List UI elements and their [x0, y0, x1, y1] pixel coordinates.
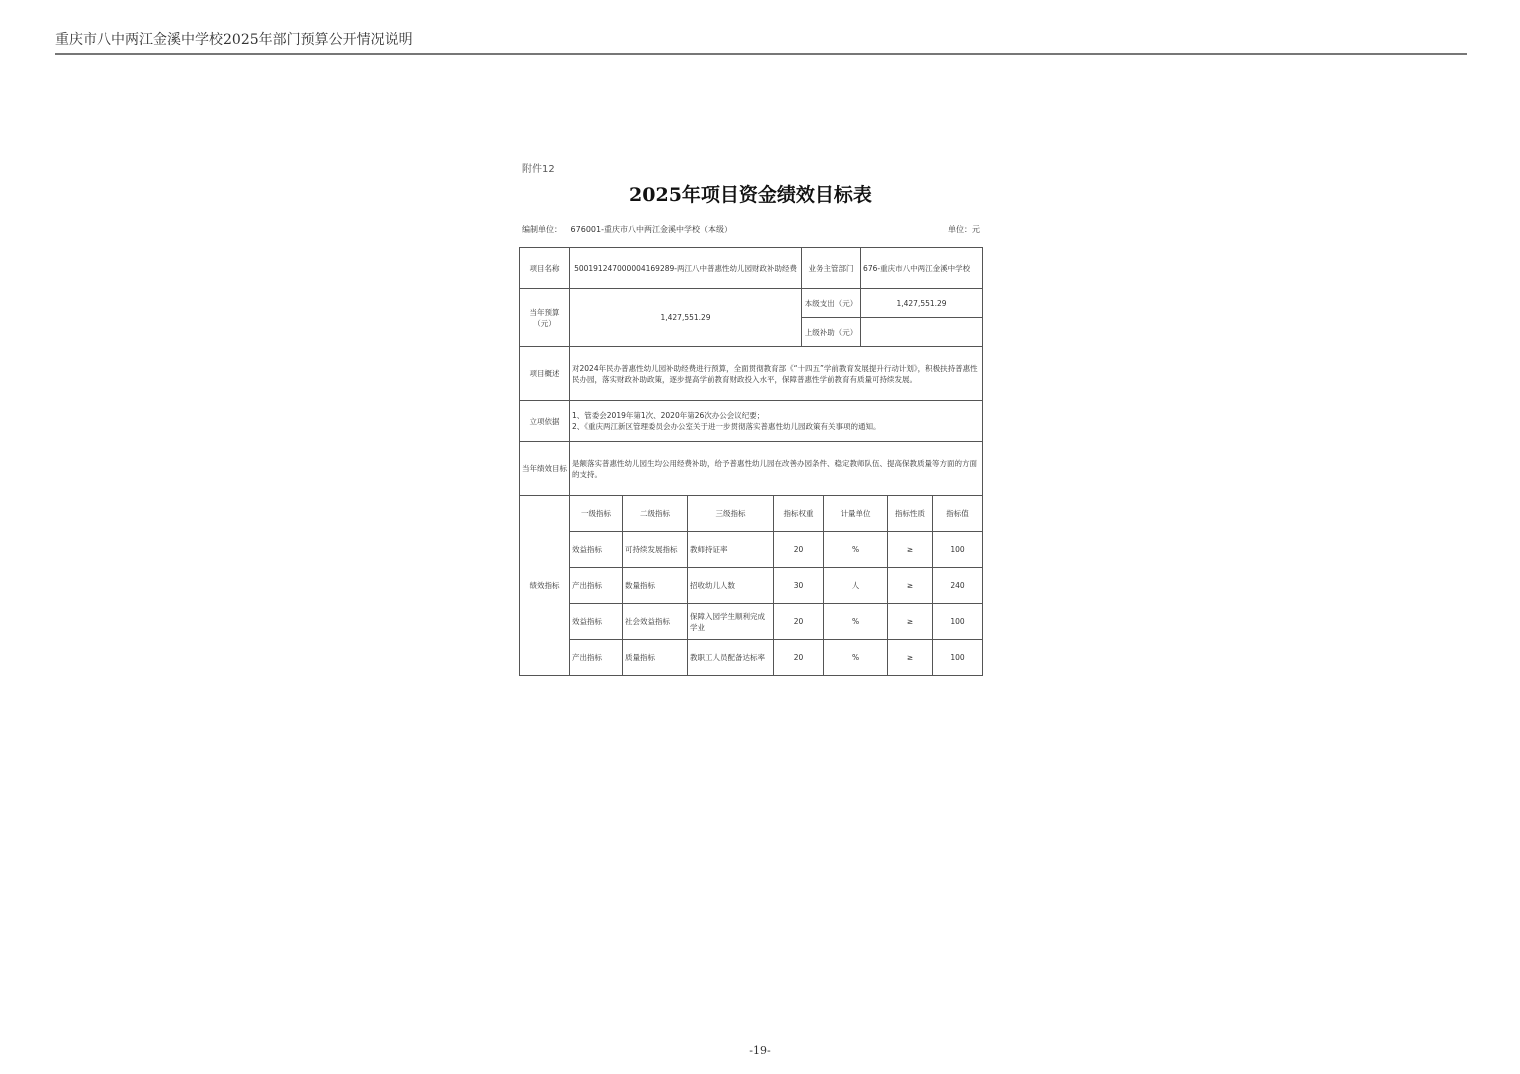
indicator-level1: 效益指标: [570, 532, 623, 568]
indicator-level3: 教师持证率: [688, 532, 774, 568]
indicator-level2: 数量指标: [623, 568, 688, 604]
indicator-row: 效益指标 社会效益指标 保障入园学生顺利完成学业 20 % ≥ 100: [520, 604, 983, 640]
compiling-unit-value: 676001-重庆市八中两江金溪中学校（本级）: [571, 225, 732, 234]
indicator-unit: %: [824, 604, 888, 640]
indicators-label: 绩效指标: [520, 496, 570, 676]
indicator-weight: 20: [774, 604, 824, 640]
basis-label: 立项依据: [520, 401, 570, 442]
superior-subsidy-label: 上级补助（元）: [802, 318, 861, 347]
document-title: 2025年项目资金绩效目标表: [519, 180, 982, 207]
basis-line: 2、《重庆两江新区管理委员会办公室关于进一步贯彻落实普惠性幼儿园政策有关事项的通…: [572, 421, 980, 432]
header-nature: 指标性质: [888, 496, 933, 532]
indicator-value: 100: [933, 640, 983, 676]
budget-row: 当年预算（元） 1,427,551.29 本级支出（元） 1,427,551.2…: [520, 289, 983, 318]
overview-text: 对2024年民办普惠性幼儿园补助经费进行预算，全面贯彻教育部《“十四五”学前教育…: [570, 347, 983, 401]
indicator-level3: 教职工人员配备达标率: [688, 640, 774, 676]
superior-subsidy-value: [861, 318, 983, 347]
header-level2: 二级指标: [623, 496, 688, 532]
indicator-unit: %: [824, 532, 888, 568]
goal-label: 当年绩效目标: [520, 442, 570, 496]
header-value: 指标值: [933, 496, 983, 532]
indicator-nature: ≥: [888, 532, 933, 568]
currency-unit: 单位：元: [948, 224, 980, 235]
project-name-label: 项目名称: [520, 248, 570, 289]
indicator-value: 100: [933, 532, 983, 568]
indicator-level3: 招收幼儿人数: [688, 568, 774, 604]
budget-label: 当年预算（元）: [520, 289, 570, 347]
indicator-weight: 30: [774, 568, 824, 604]
basis-text: 1、管委会2019年第1次、2020年第26次办公会议纪要； 2、《重庆两江新区…: [570, 401, 983, 442]
indicator-nature: ≥: [888, 568, 933, 604]
indicator-level2: 质量指标: [623, 640, 688, 676]
indicator-value: 100: [933, 604, 983, 640]
dept-value: 676-重庆市八中两江金溪中学校: [861, 248, 983, 289]
indicator-level2: 可持续发展指标: [623, 532, 688, 568]
project-name-row: 项目名称 500191247000004169289-两江八中普惠性幼儿园财政补…: [520, 248, 983, 289]
indicator-weight: 20: [774, 532, 824, 568]
indicator-level1: 产出指标: [570, 640, 623, 676]
header-divider: [55, 53, 1467, 55]
header-level3: 三级指标: [688, 496, 774, 532]
basis-line: 1、管委会2019年第1次、2020年第26次办公会议纪要；: [572, 410, 980, 421]
indicator-row: 产出指标 质量指标 教职工人员配备达标率 20 % ≥ 100: [520, 640, 983, 676]
basis-row: 立项依据 1、管委会2019年第1次、2020年第26次办公会议纪要； 2、《重…: [520, 401, 983, 442]
indicator-nature: ≥: [888, 604, 933, 640]
indicator-nature: ≥: [888, 640, 933, 676]
header-unit: 计量单位: [824, 496, 888, 532]
budget-value: 1,427,551.29: [570, 289, 802, 347]
performance-target-table: 项目名称 500191247000004169289-两江八中普惠性幼儿园财政补…: [519, 247, 983, 676]
own-expense-value: 1,427,551.29: [861, 289, 983, 318]
indicator-unit: %: [824, 640, 888, 676]
page-header: 重庆市八中两江金溪中学校2025年部门预算公开情况说明: [55, 30, 1466, 54]
indicator-level1: 效益指标: [570, 604, 623, 640]
indicator-header-row: 绩效指标 一级指标 二级指标 三级指标 指标权重 计量单位 指标性质 指标值: [520, 496, 983, 532]
header-weight: 指标权重: [774, 496, 824, 532]
overview-row: 项目概述 对2024年民办普惠性幼儿园补助经费进行预算，全面贯彻教育部《“十四五…: [520, 347, 983, 401]
attachment-label: 附件12: [522, 160, 555, 175]
header-level1: 一级指标: [570, 496, 623, 532]
project-name-value: 500191247000004169289-两江八中普惠性幼儿园财政补助经费: [570, 248, 802, 289]
compiling-unit: 编制单位： 676001-重庆市八中两江金溪中学校（本级）: [522, 224, 732, 235]
indicator-weight: 20: [774, 640, 824, 676]
indicator-row: 效益指标 可持续发展指标 教师持证率 20 % ≥ 100: [520, 532, 983, 568]
indicator-row: 产出指标 数量指标 招收幼儿人数 30 人 ≥ 240: [520, 568, 983, 604]
dept-label: 业务主管部门: [802, 248, 861, 289]
indicator-level2: 社会效益指标: [623, 604, 688, 640]
indicator-level1: 产出指标: [570, 568, 623, 604]
goal-row: 当年绩效目标 是额落实普惠性幼儿园生均公用经费补助，给予普惠性幼儿园在改善办园条…: [520, 442, 983, 496]
meta-row: 编制单位： 676001-重庆市八中两江金溪中学校（本级） 单位：元: [522, 224, 980, 235]
compiling-unit-label: 编制单位：: [522, 225, 562, 234]
indicator-value: 240: [933, 568, 983, 604]
page-number: -19-: [0, 1044, 1520, 1057]
overview-label: 项目概述: [520, 347, 570, 401]
indicator-unit: 人: [824, 568, 888, 604]
indicator-level3: 保障入园学生顺利完成学业: [688, 604, 774, 640]
own-expense-label: 本级支出（元）: [802, 289, 861, 318]
goal-text: 是额落实普惠性幼儿园生均公用经费补助，给予普惠性幼儿园在改善办园条件、稳定教师队…: [570, 442, 983, 496]
